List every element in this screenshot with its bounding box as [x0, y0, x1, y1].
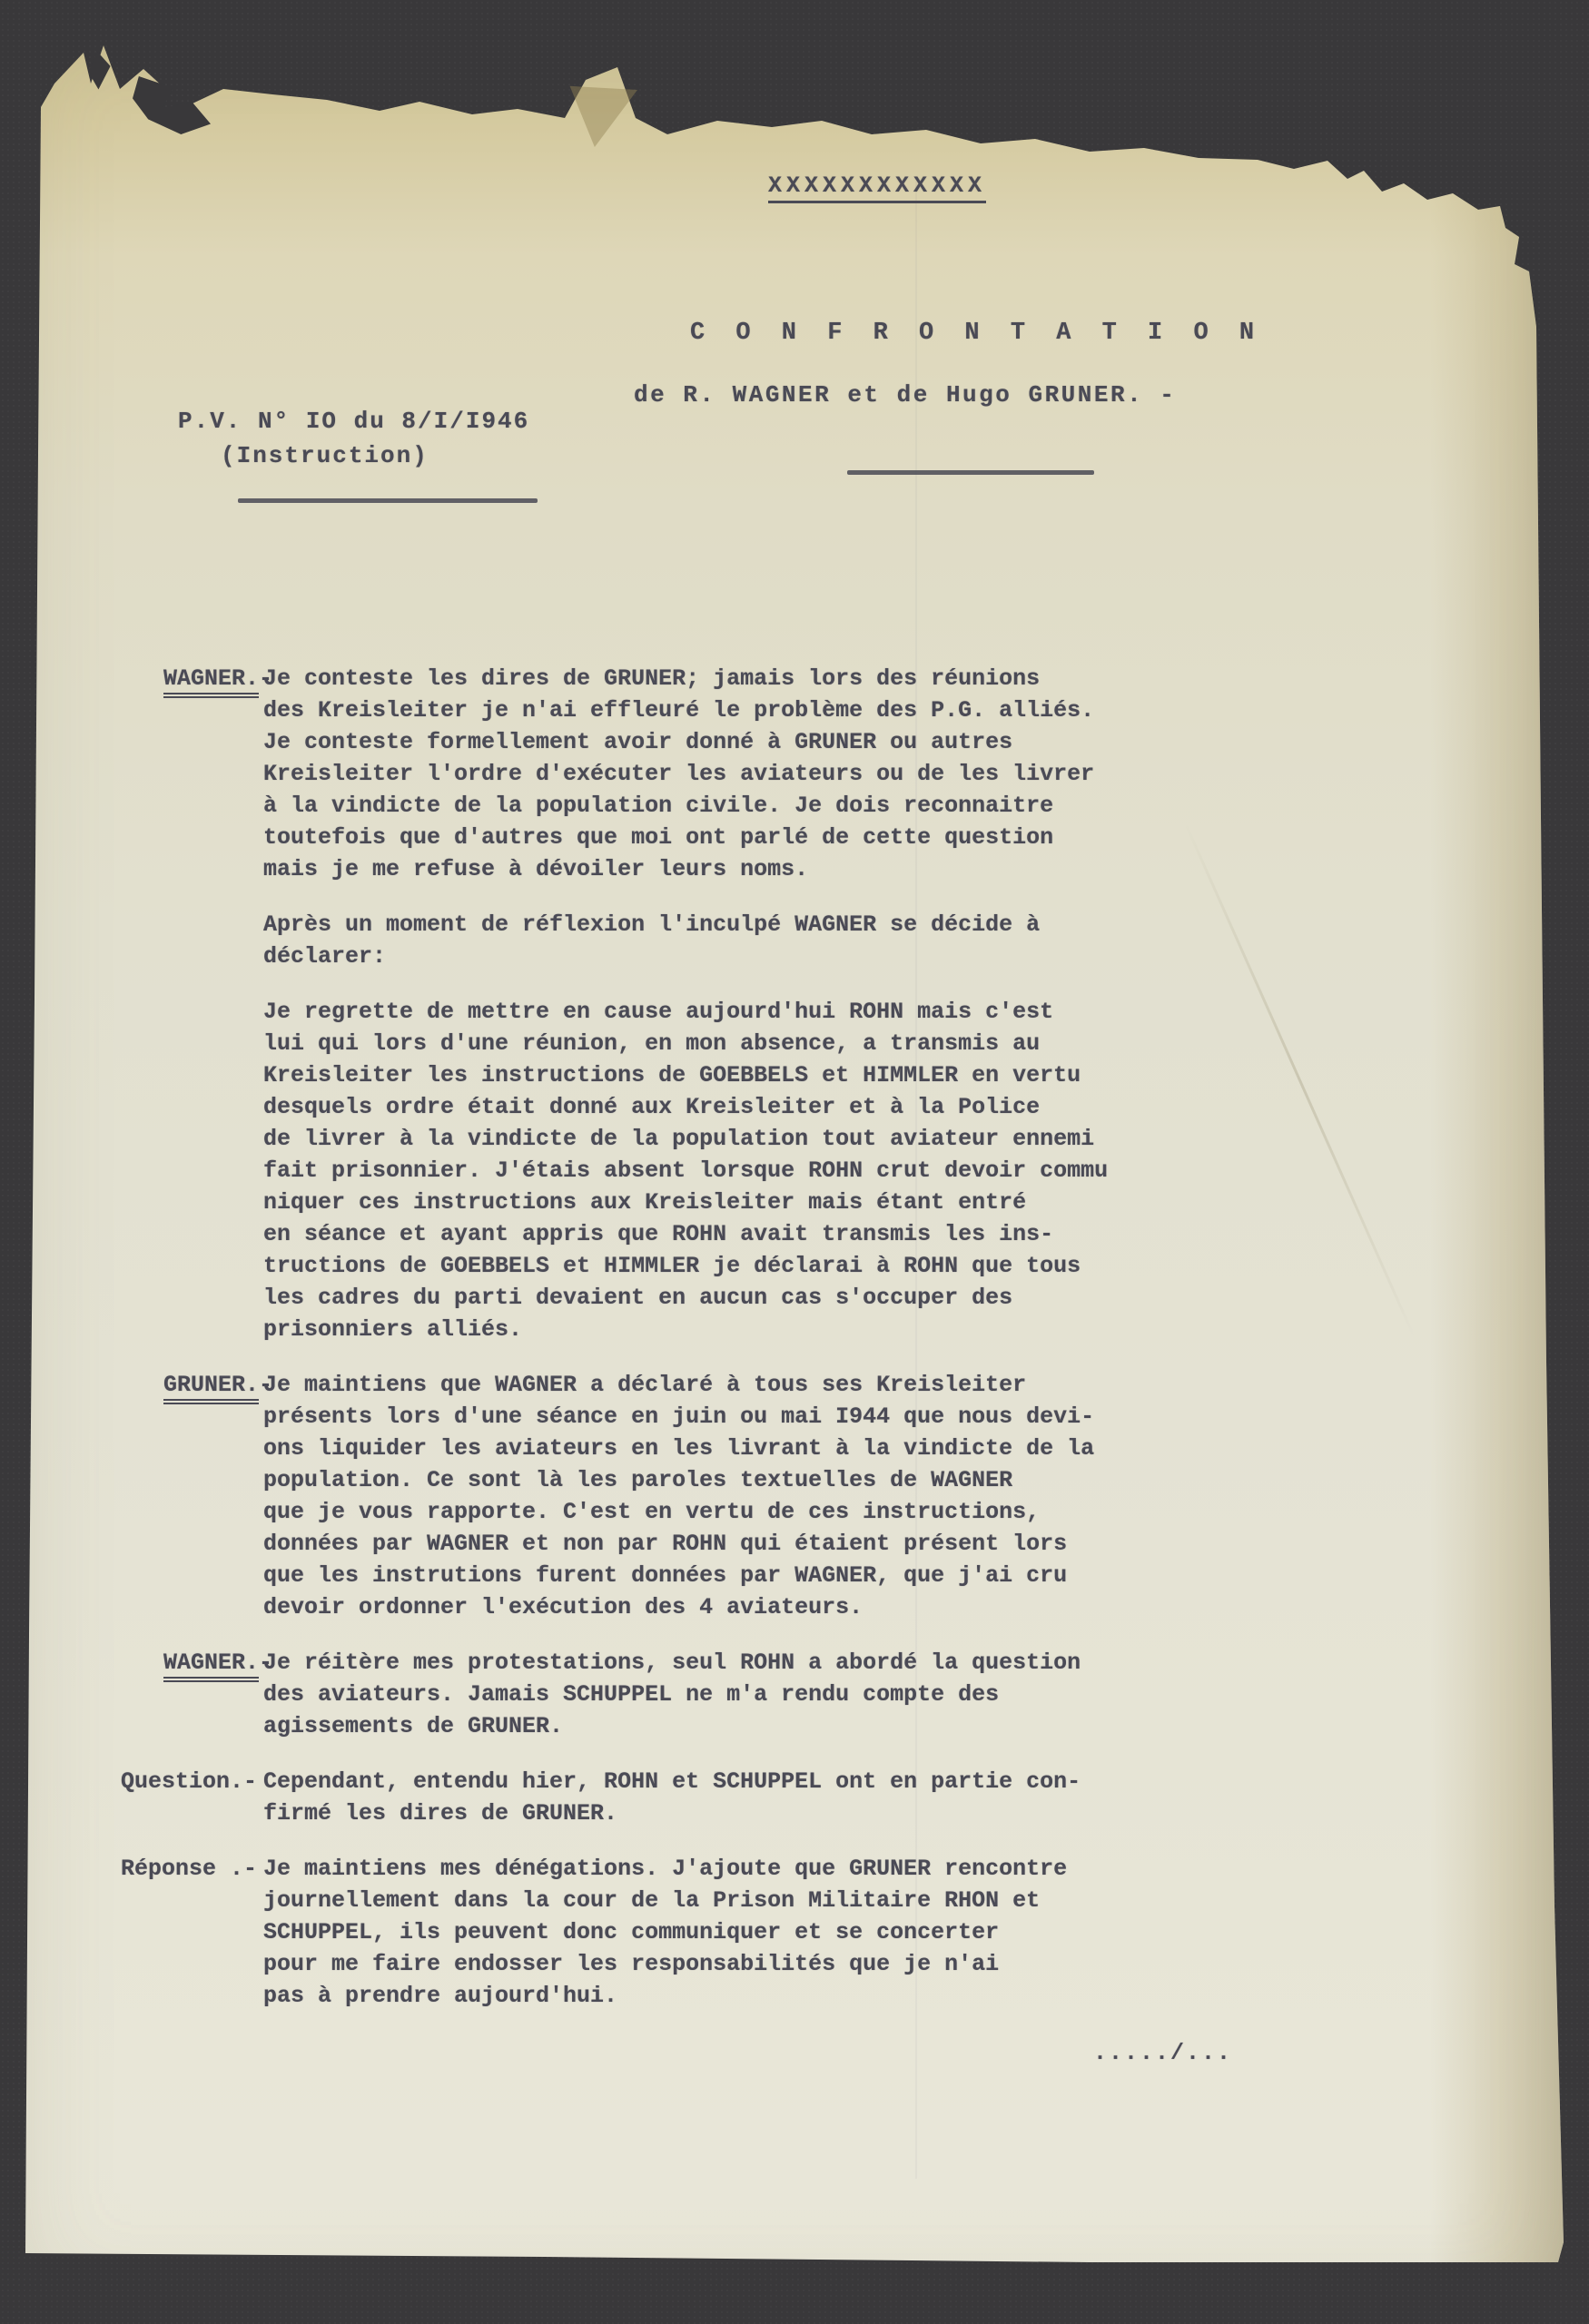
transcript: WAGNER.- Je conteste les dires de GRUNER…	[118, 663, 1339, 2069]
speech-block-wagner-1: WAGNER.- Je conteste les dires de GRUNER…	[263, 663, 1339, 885]
speaker-label: WAGNER.-	[163, 1647, 272, 1679]
speech-block-narration: Après un moment de réflexion l'inculpé W…	[263, 909, 1339, 972]
speech-text: Après un moment de réflexion l'inculpé W…	[263, 909, 1339, 972]
speech-block-question: Question.- Cependant, entendu hier, ROHN…	[263, 1766, 1339, 1829]
speech-text: Je regrette de mettre en cause aujourd'h…	[263, 996, 1339, 1345]
speech-text: Cependant, entendu hier, ROHN et SCHUPPE…	[263, 1766, 1339, 1829]
speaker-label: Question.-	[121, 1766, 257, 1797]
photographed-document-scene: XXXXXXXXXXXX C O N F R O N T A T I O N d…	[0, 0, 1589, 2324]
case-reference-sub: (Instruction)	[221, 442, 429, 469]
speech-text: Je conteste les dires de GRUNER; jamais …	[263, 663, 1339, 885]
speech-block-wagner-statement: Je regrette de mettre en cause aujourd'h…	[263, 996, 1339, 1345]
speaker-label: GRUNER.-	[163, 1369, 272, 1401]
continuation-mark: ...../...	[263, 2037, 1339, 2069]
document-subtitle: de R. WAGNER et de Hugo GRUNER. -	[634, 381, 1176, 409]
speech-text: Je maintiens que WAGNER a déclaré à tous…	[263, 1369, 1339, 1623]
speech-text: Je réitère mes protestations, seul ROHN …	[263, 1647, 1339, 1742]
case-reference-underline	[238, 498, 538, 503]
document-title: C O N F R O N T A T I O N	[690, 320, 1262, 347]
speech-block-reponse: Réponse .- Je maintiens mes dénégations.…	[263, 1853, 1339, 2012]
speech-text: Je maintiens mes dénégations. J'ajoute q…	[263, 1853, 1339, 2012]
case-reference: P.V. N° IO du 8/I/I946	[178, 408, 529, 435]
subtitle-underline	[847, 470, 1094, 475]
speech-block-gruner: GRUNER.- Je maintiens que WAGNER a décla…	[263, 1369, 1339, 1623]
speaker-label: Réponse .-	[121, 1853, 257, 1885]
speech-block-wagner-2: WAGNER.- Je réitère mes protestations, s…	[263, 1647, 1339, 1742]
redaction-mark: XXXXXXXXXXXX	[768, 172, 986, 203]
speaker-label: WAGNER.-	[163, 663, 272, 694]
